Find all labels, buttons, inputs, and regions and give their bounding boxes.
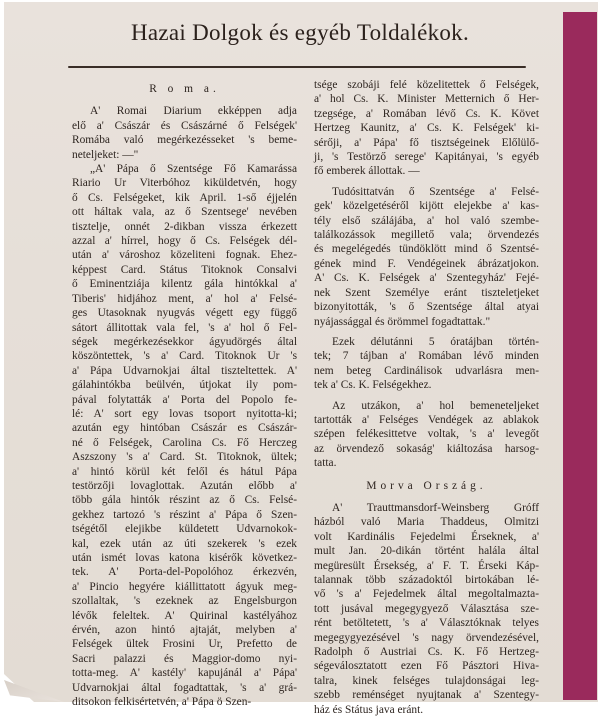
text-line: ő Eminentziája kilentz gála hintókkal a' [72, 277, 297, 291]
text-line: Hertzeg Kaunitz, a' Cs. K. Felségek' ki- [314, 121, 539, 135]
text-line: lé: A' sort egy lovas tsoport nyitotta-k… [72, 407, 297, 421]
text-line: Tudósittatván ő Szentsége a' Felsé- [314, 185, 539, 199]
text-line: Felségek ültek Frosini Ur, Prefetto de [72, 637, 297, 651]
text-line: gének mind F. Vendégeinek ábrázatjokon. [314, 257, 539, 271]
text-line: és megelégedés tündöklött mind ő Szentsé… [314, 242, 539, 256]
paragraph: A' Trauttmansdorf-Weinsberg Gróffházból … [314, 501, 539, 717]
text-line: volt Kardinális Fejedelmi Érseknek, a' [314, 530, 539, 544]
paragraph: tsége szobáji felé közelitettek ő Felség… [314, 78, 539, 179]
paragraph: „A' Pápa ő Szentsége Fő KamarássaRiario … [72, 162, 297, 709]
text-line: Ezek délutánni 5 óratájban történ- [314, 335, 539, 349]
text-line: tisztelje, onnét 2-dikban vissza érkezet… [72, 220, 297, 234]
text-line: ditsokon felkisértetvén, a' Pápa ö Szen- [72, 695, 297, 709]
text-line: pával folytatták a' Porta del Popolo fe- [72, 393, 297, 407]
text-line: lévők feleltek. A' Quirinal kastélyához [72, 609, 297, 623]
text-line: nek Szent Személye eránt tiszteletjeket [314, 286, 539, 300]
text-line: ház és Státus java eránt. [314, 703, 539, 717]
text-line: talannak több századoktól birtokában lé- [314, 573, 539, 587]
text-line: tségétől elejikbe küldetett Udvarnokok- [72, 522, 297, 536]
text-line: után ismét lovas katona kisérők következ… [72, 551, 297, 565]
text-line: azután egy hintóban Császár es Császár- [72, 421, 297, 435]
page-title: Hazai Dolgok és egyéb Toldalékok. [0, 20, 600, 46]
text-line: né ő Felségek, Carolina Cs. Fő Herczeg [72, 436, 297, 450]
text-line: kal, ezek után az úti szekerek 's ezek [72, 537, 297, 551]
text-line: ő Cs. Felségeket, kik April. 1-ső éjjelé… [72, 191, 297, 205]
text-line: azzal a' hírrel, hogy ő Cs. Felségek dél… [72, 234, 297, 248]
text-line: ji, 's Testörző serege' Kapitányai, 's e… [314, 150, 539, 164]
text-line: Riario Ur Viterbóhoz kiküldetvén, hogy [72, 176, 297, 190]
text-line: gekhez tartozó 's részint a' Pápa ő Szen… [72, 508, 297, 522]
text-line: talra, kinek felséges tulajdonságai leg- [314, 674, 539, 688]
text-line: a' Pápa Udvarnokjai által tiszteltettek.… [72, 364, 297, 378]
text-line: testörzőji lovaglottak. Azután előbb a' [72, 479, 297, 493]
paragraph: Az utzákon, a' hol bemeneteljekettartott… [314, 399, 539, 471]
left-column: R o m a. A' Romai Diarium ekképpen adjae… [72, 78, 297, 709]
text-line: vő 's a' Fejedelmek által megoltalmazta- [314, 587, 539, 601]
text-line: találkozássok megillető vala; örvendezés [314, 228, 539, 242]
text-line: tek a' Cs. K. Felségekhez. [314, 378, 539, 392]
title-rule [68, 66, 526, 68]
text-line: ges Utasoknak nyugvás végett egy függő [72, 306, 297, 320]
right-column: tsége szobáji felé közelitettek ő Felség… [314, 78, 539, 717]
paragraph: A' Romai Diarium ekképpen adjaelő a' Csá… [72, 104, 297, 162]
text-line: tatta. [314, 456, 539, 470]
text-line: sérőji, a' Pápa' fő tisztségeinek Előlül… [314, 136, 539, 150]
text-line: ségeválosztatott ezen Fő Pásztori Hiva- [314, 659, 539, 673]
text-line: tek. A' Porta-del-Popolóhoz érkezvén, [72, 565, 297, 579]
text-line: tzegsége, a' Romában lévő Cs. K. Követ [314, 107, 539, 121]
paragraph: Ezek délutánni 5 óratájban történ-tek; 7… [314, 335, 539, 393]
text-line: gálahintókba beülvén, útjokat ily pom- [72, 378, 297, 392]
text-line: fő emberek állottak. — [314, 164, 539, 178]
text-line: után a' városhoz közeliteni fognak. Ehez… [72, 248, 297, 262]
text-line: A' Trauttmansdorf-Weinsberg Gróff [314, 501, 539, 515]
text-line: képpest Card. Státus Titoknok Consalvi [72, 263, 297, 277]
text-line: neteljeket: —" [72, 148, 297, 162]
text-line: a' hintó körül két felől és hátul Pápa [72, 465, 297, 479]
text-line: A' Romai Diarium ekképpen adja [72, 104, 297, 118]
text-line: ott háltak vala, az ő Szentsege' nevében [72, 205, 297, 219]
text-line: Udvarnokjai által fogadtattak, 's a' grá… [72, 681, 297, 695]
section-heading-roma: R o m a. [72, 82, 297, 96]
text-line: sátort állitottak vala fel, 's a' hol ő … [72, 321, 297, 335]
text-line: gek' közelgetéséről kijött elejekbe a' k… [314, 199, 539, 213]
text-line: elő a' Császár és Császárné ő Felségek' [72, 119, 297, 133]
text-line: Radolph ő Austriai Cs. K. Fő Hertzeg- [314, 645, 539, 659]
text-line: köszöntettek, 's a' Card. Titoknok Ur 's [72, 349, 297, 363]
text-line: tek; 7 tájban a' Romában lévő minden [314, 349, 539, 363]
magenta-edge-strip [563, 12, 597, 700]
text-line: ségek megérkezésekkor ágyudörgés által [72, 335, 297, 349]
text-line: tsége szobáji felé közelitettek ő Felség… [314, 78, 539, 92]
text-line: nyájassággal és örömmel fogadtattak." [314, 315, 539, 329]
text-line: rént betöltetett, 's a' Választóknak tel… [314, 616, 539, 630]
text-line: tély első szálájába, a' hol való szembe- [314, 214, 539, 228]
section-heading-morva-orszag: Morva Ország. [314, 479, 539, 493]
text-line: érvén, azon hintó ajtaját, melyben a' [72, 623, 297, 637]
text-line: szollaltak, 's ezeknek az Engelsburgon [72, 594, 297, 608]
text-line: az örvendező sokaság' kiáltozása harsog- [314, 442, 539, 456]
text-line: Aszszony 's a' Card. St. Titoknok, ültek… [72, 450, 297, 464]
paragraph: Tudósittatván ő Szentsége a' Felsé-gek' … [314, 185, 539, 329]
text-line: „A' Pápa ő Szentsége Fő Kamarássa [72, 162, 297, 176]
text-line: szépen felékesittetve voltak, 's a' leve… [314, 427, 539, 441]
text-line: Sacri palazzi és Maggior-domo nyi- [72, 652, 297, 666]
text-line: nem beteg Cardinálisok udvarlásra men- [314, 364, 539, 378]
text-line: megegygyezésével 's nagy örvendezésével, [314, 631, 539, 645]
text-line: totta-meg. A' kastély' kapujánál a' Pápa… [72, 666, 297, 680]
text-line: tott jusával megegygyező Választása sze- [314, 602, 539, 616]
text-line: bizonyitották, 's ő Szentsége által atya… [314, 300, 539, 314]
text-line: a' hol Cs. K. Minister Metternich ő Her- [314, 92, 539, 106]
text-line: megüresült Érsekség, a' F. T. Érseki Káp… [314, 559, 539, 573]
text-line: házból való Maria Thaddeus, Olmitzi [314, 515, 539, 529]
text-line: több gála hintók részint az ő Cs. Felsé- [72, 493, 297, 507]
text-line: Az utzákon, a' hol bemeneteljeket [314, 399, 539, 413]
text-line: tartották a' Felséges Vendégek az ablako… [314, 413, 539, 427]
text-line: Romába való megérkezésseket 's beme- [72, 133, 297, 147]
text-line: A' Cs. K. Felségek a' Szentegyház' Fejé- [314, 271, 539, 285]
text-line: a' Pincio hegyére kiállittatott ágyuk me… [72, 580, 297, 594]
text-line: Tiberis' hidjához ment, a' hol a' Felsé- [72, 292, 297, 306]
text-line: szebb reménséget nyujtanak a' Szentegy- [314, 688, 539, 702]
text-line: mult Jan. 20-dikán történt halála által [314, 544, 539, 558]
